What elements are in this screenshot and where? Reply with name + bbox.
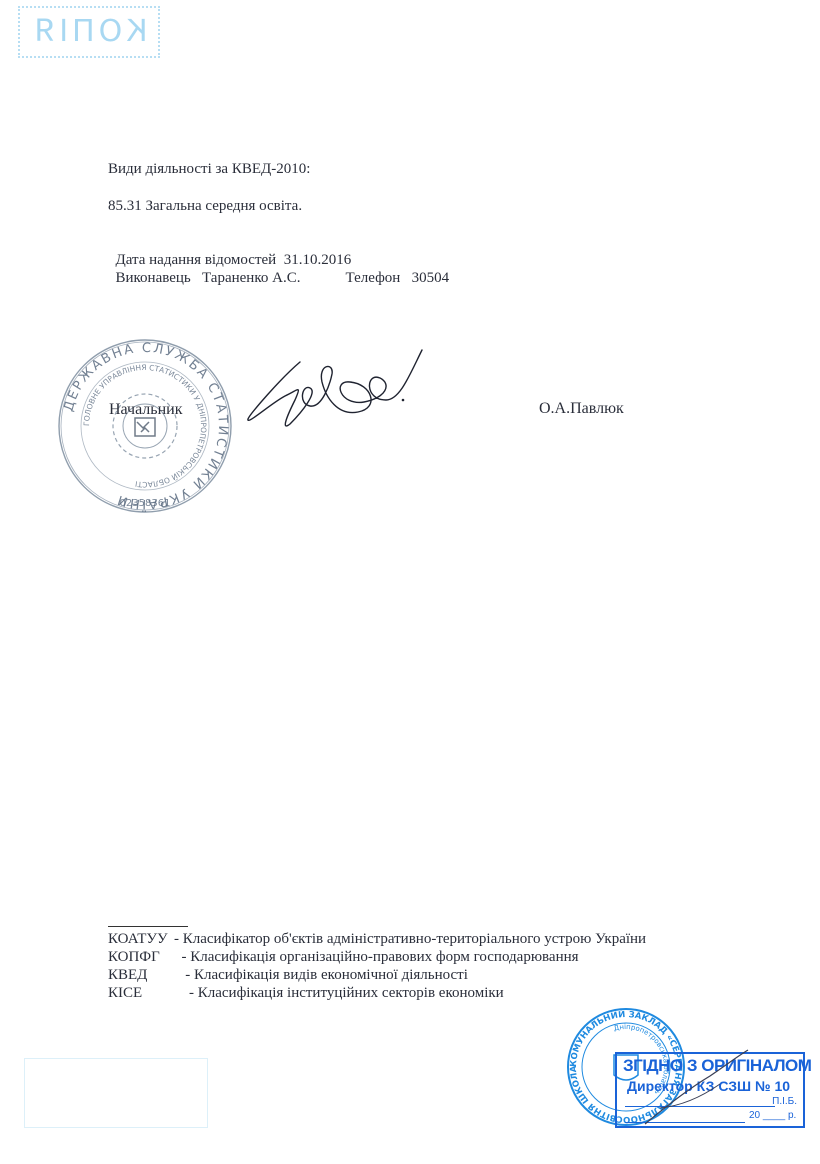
year-caption: 20 ____ р. — [749, 1110, 796, 1121]
phone-line: Телефон 30504 — [338, 251, 449, 287]
certification-signature — [640, 1048, 750, 1128]
statistics-seal: ДЕРЖАВНА СЛУЖБА СТАТИСТИКИ УКРАЇНИ ГОЛОВ… — [57, 338, 233, 514]
name-caption: П.І.Б. — [772, 1096, 797, 1107]
activity-heading: Види діяльності за КВЕД-2010: — [108, 160, 310, 178]
signature — [240, 344, 425, 439]
activity-item: 85.31 Загальна середня освіта. — [108, 197, 302, 215]
copy-stamp: КОПІЯ — [18, 6, 160, 58]
signatory-title: Начальник — [109, 401, 182, 419]
faint-stamp — [24, 1058, 208, 1128]
footnote-koatuu: КОАТУУ- Класифікатор об'єктів адміністра… — [108, 930, 646, 948]
executor-label: Виконавець — [116, 270, 191, 286]
footnote-kise: КІСЕ - Класифікація інституційних сектор… — [108, 984, 504, 1002]
executor-line: Виконавець Тараненко А.С. — [108, 251, 300, 287]
phone-value: 30504 — [412, 270, 450, 286]
phone-label: Телефон — [346, 270, 401, 286]
signatory-name: О.А.Павлюк — [539, 400, 624, 418]
executor-name: Тараненко А.С. — [202, 270, 300, 286]
seal-code: 02358361 — [120, 498, 171, 509]
footnote-divider — [108, 926, 188, 927]
footnote-kopfg: КОПФГ - Класифікація організаційно-право… — [108, 948, 579, 966]
footnote-kved: КВЕД - Класифікація видів економічної ді… — [108, 966, 468, 984]
